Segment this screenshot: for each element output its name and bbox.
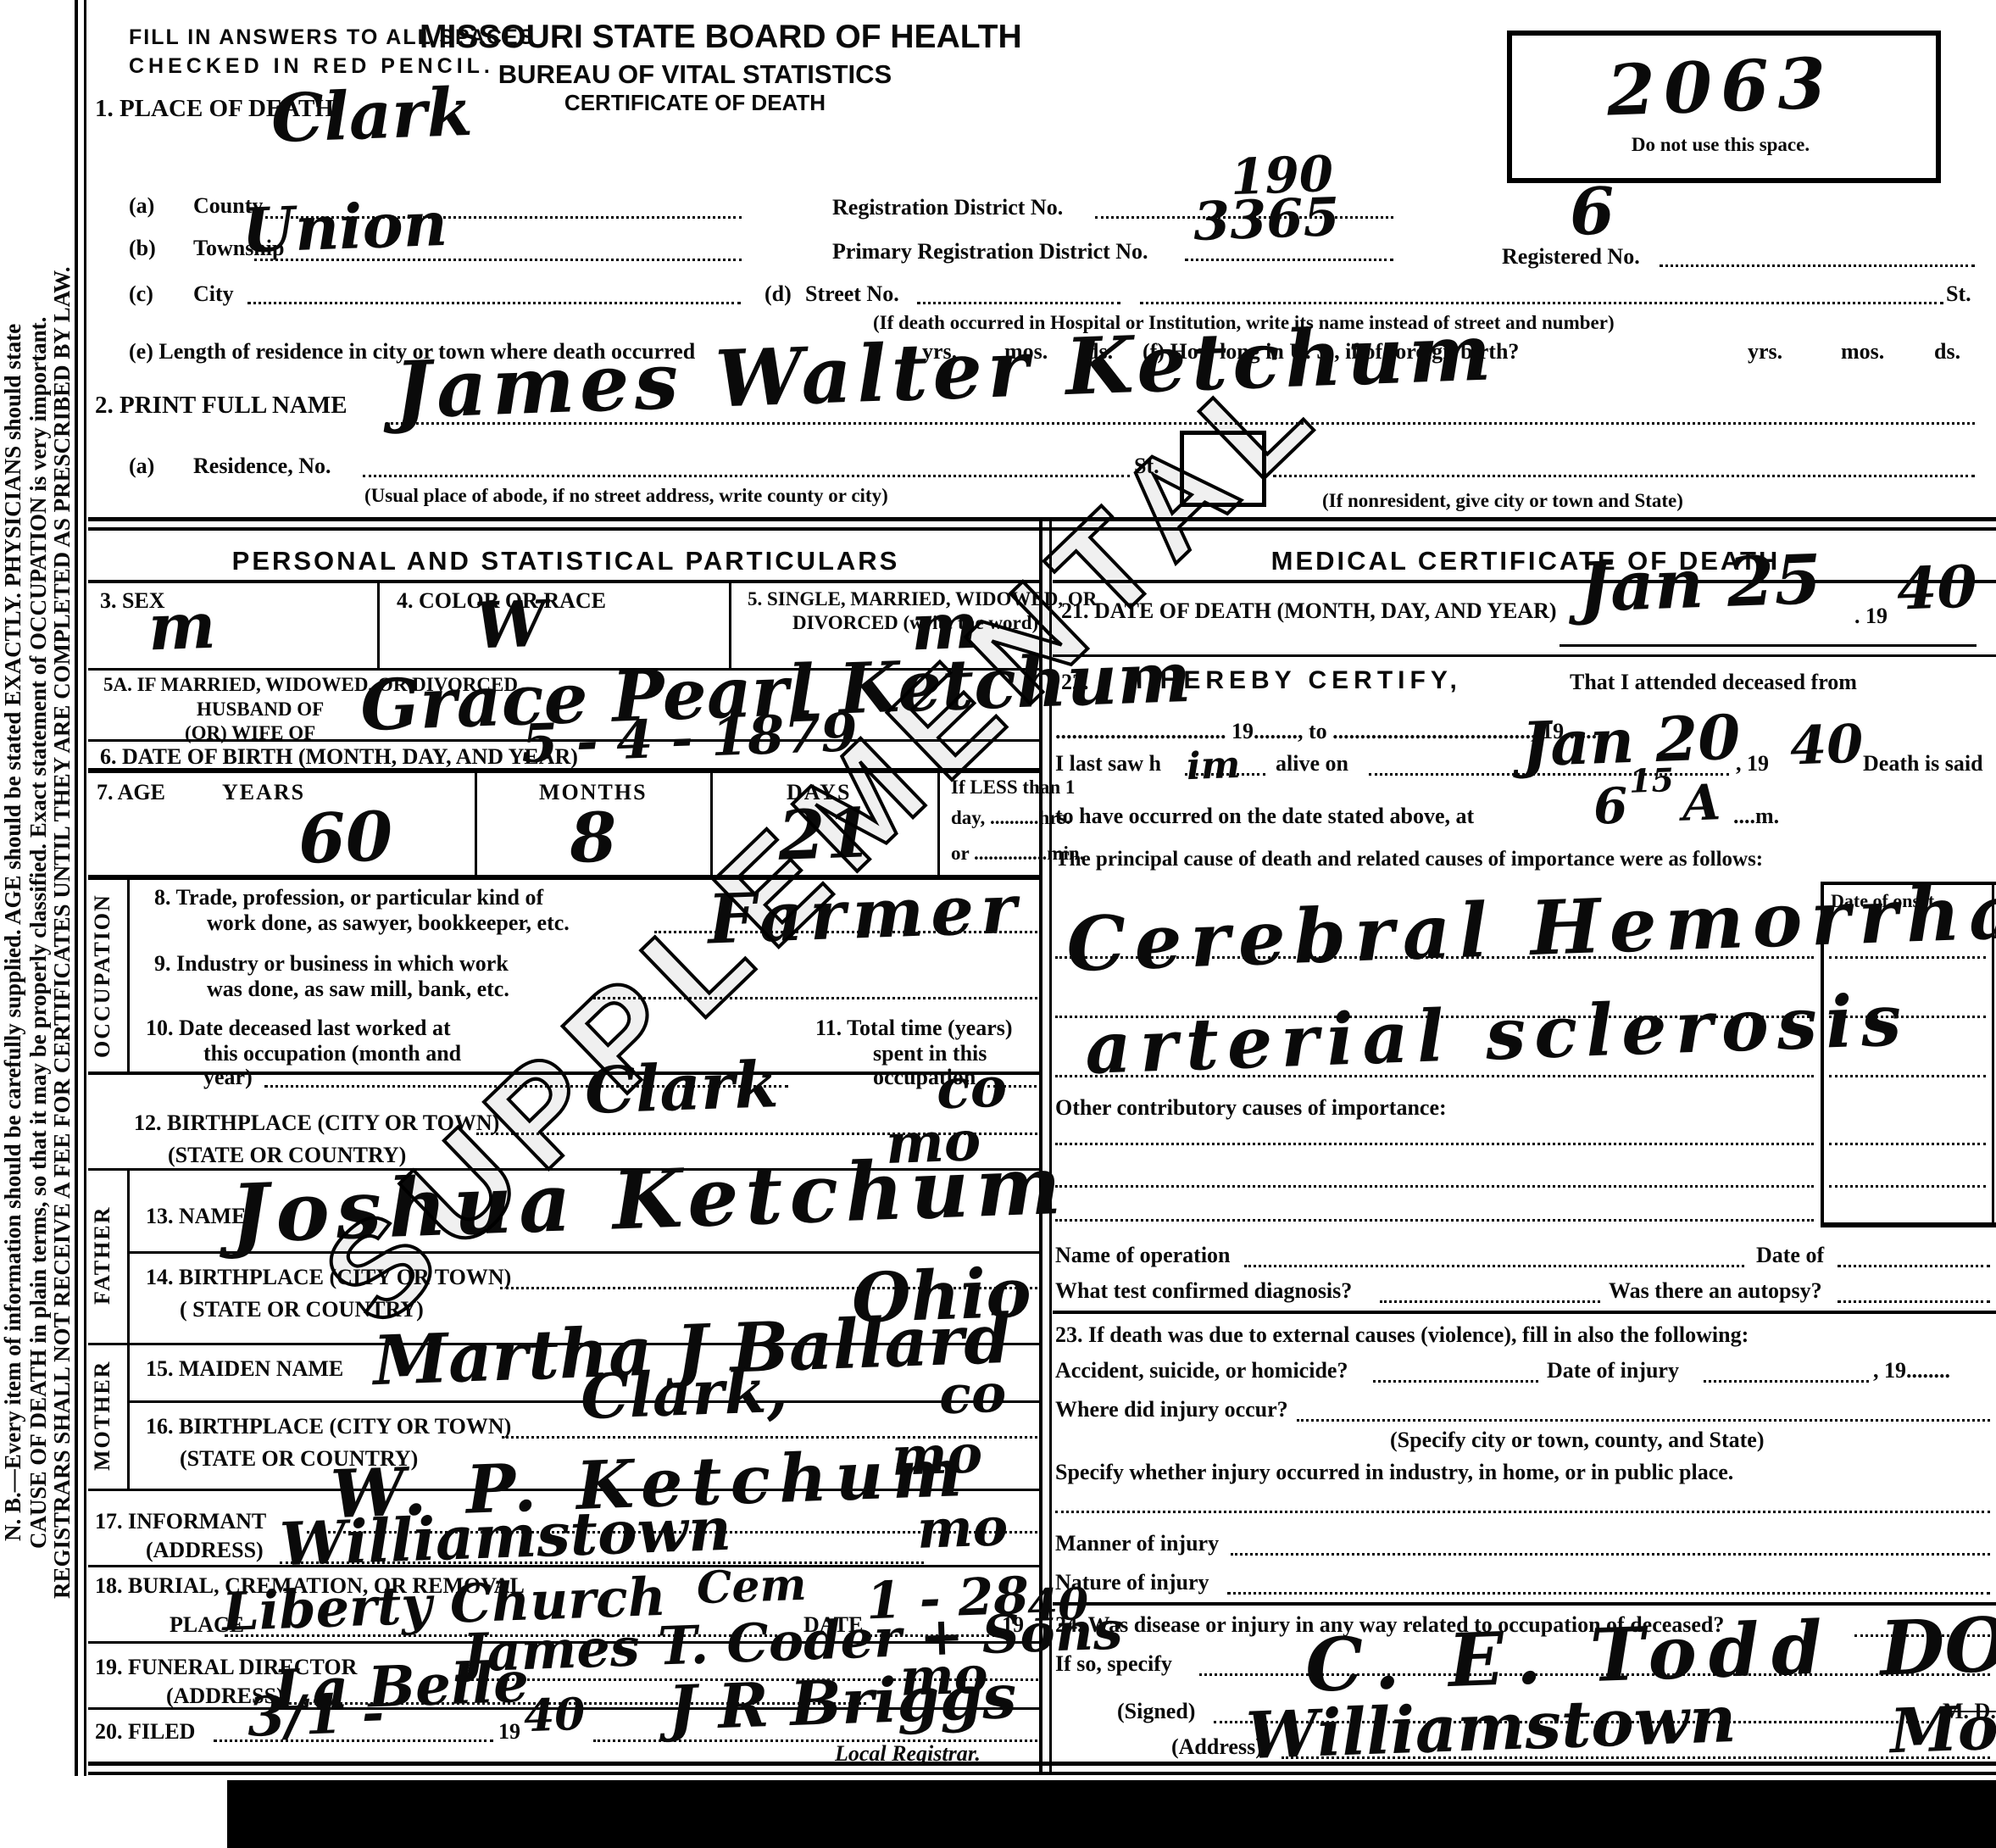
last-alive-year-value: 40 [1789,718,1864,773]
q17-informant-label: 17. INFORMANT [95,1509,266,1534]
row-f-mos: mos. [1841,339,1884,365]
street-st-suffix: St. [1946,281,1971,307]
dotted-line [1055,1511,1990,1513]
rule [1560,644,1977,647]
registrar-signature-value: J R Briggs [667,1666,1018,1739]
bottom-rule [88,1772,1996,1775]
margin-note-line1: N. B.—Every item of information should b… [0,34,25,1831]
filed-date-value: 3/1 - [247,1686,385,1745]
mother-birthplace-co-value: co [938,1367,1007,1422]
sex-value: m [147,594,217,660]
q10-last-worked-label1: 10. Date deceased last worked at [146,1016,451,1041]
rule [1053,654,1996,657]
dotted-line [1055,1185,1814,1188]
cell-divider [127,880,130,1072]
occurred-label: to have occurred on the date stated abov… [1055,804,1474,829]
q6-date-of-birth-label: 6. DATE OF BIRTH (MONTH, DAY, AND YEAR) [100,744,578,770]
cell-divider [475,773,477,875]
accident-label: Accident, suicide, or homicide? [1055,1358,1348,1383]
dotted-line [1273,475,1975,477]
death-certificate-scan: N. B.—Every item of information should b… [0,0,1996,1848]
physician-degree-value: DO [1879,1606,1996,1685]
q9-industry-label2: was done, as saw mill, bank, etc. [207,977,509,1002]
him-value: im [1186,747,1241,786]
abode-note: (Usual place of abode, if no street addr… [364,485,888,507]
death-hour-value: 6 [1593,781,1628,831]
specify-industry-label: Specify whether injury occurred in indus… [1055,1460,1733,1485]
q9-industry-label1: 9. Industry or business in which work [154,951,509,977]
physician-state-value: Mo [1889,1697,1996,1762]
q17-address-label: (ADDRESS) [146,1538,264,1563]
mother-birthplace-value: Clark, [580,1360,789,1428]
margin-note-line2: CAUSE OF DEATH in plain terms, so that i… [25,34,51,1831]
autopsy-label: Was there an autopsy? [1609,1278,1822,1304]
q5a-husband-label: HUSBAND OF [197,699,324,721]
dotted-line [363,475,1130,477]
left-border-inner [84,0,86,1776]
q8-trade-label1: 8. Trade, profession, or particular kind… [154,885,543,910]
occurred-m-suffix: ....m. [1733,804,1779,829]
informant-state-value: mo [916,1500,1009,1556]
q16-mother-birthplace-label: 16. BIRTHPLACE (CITY OR TOWN) [146,1414,511,1439]
rule [1053,1311,1996,1314]
attended-label: That I attended deceased from [1570,670,1857,695]
local-registrar-label: Local Registrar. [835,1741,981,1767]
q15-maiden-name-label: 15. MAIDEN NAME [146,1356,343,1382]
q23-external-causes-label: 23. If death was due to external causes … [1055,1322,1749,1348]
q8-trade-label2: work done, as sawyer, bookkeeper, etc. [207,910,570,936]
scan-black-bar [227,1780,1996,1848]
manner-of-injury-label: Manner of injury [1055,1531,1219,1556]
operation-date-of-label: Date of [1756,1243,1824,1268]
q11-total-time-label1: 11. Total time (years) [815,1016,1013,1041]
father-side-label: FATHER [90,1168,125,1343]
alive-on-label: alive on [1276,751,1348,776]
dotted-line [1055,1219,1814,1222]
test-confirmed-label: What test confirmed diagnosis? [1055,1278,1352,1304]
dotted-line [1829,1075,1986,1077]
age-years-value: 60 [297,802,394,873]
full-name-value: James Walter Ketchum [393,313,1498,429]
primary-registration-value: 3365 [1193,191,1341,248]
cause1-value: Cerebral Hemorrhage [1065,870,1996,982]
age-years-label: YEARS [222,780,305,805]
dotted-line [917,302,1120,304]
dotted-line [1185,259,1393,261]
death-minute-value: 15 [1628,764,1674,798]
contributory-label: Other contributory causes of importance: [1055,1095,1447,1121]
q7-age-label: 7. AGE [97,780,165,805]
place-county-value: Clark [270,80,474,153]
name-of-operation-label: Name of operation [1055,1243,1231,1268]
registration-district-label: Registration District No. [832,195,1063,220]
row-d-street-label: Street No. [805,281,899,307]
registered-no-value: 6 [1569,179,1616,245]
color-race-value: W [474,593,548,659]
board-title: MISSOURI STATE BOARD OF HEALTH [420,19,970,56]
rule [1053,1602,1996,1606]
q5a-wife-label: (OR) WIFE OF [185,722,315,744]
q2-print-full-name-label: 2. PRINT FULL NAME [95,392,347,420]
date-of-injury-label: Date of injury [1547,1358,1679,1383]
margin-registrar-rule: REGISTRARS SHALL NOT RECEIVE A FEE FOR C… [49,34,75,1831]
certificate-number-value: 2063 [1533,46,1909,128]
dotted-line [1380,1300,1600,1303]
death-ampm-value: A [1682,777,1721,828]
personal-section-title: PERSONAL AND STATISTICAL PARTICULARS [93,546,1038,576]
filed-year-prefix: 19 [498,1719,520,1745]
row-d-tag: (d) [764,281,792,307]
dotted-line [1140,302,1943,304]
death-year-value: 40 [1896,558,1978,618]
q10-last-worked-label2: this occupation (month and [203,1041,461,1066]
nonresident-note: (If nonresident, give city or town and S… [1322,490,1683,512]
row-b-tag: (b) [129,236,156,261]
age-months-value: 8 [569,803,618,872]
row-f-yrs: yrs. [1748,339,1782,365]
last-saw-label: I last saw h [1055,751,1161,776]
death-date-value: Jan 25 [1577,545,1823,621]
dotted-line [1055,1143,1814,1145]
mother-side-label: MOTHER [90,1343,125,1489]
bureau-subtitle: BUREAU OF VITAL STATISTICS [420,59,970,90]
bottom-rule [88,1762,1996,1766]
age-less-than-label2: day, ..........hrs. [951,807,1070,829]
row-c-city-label: City [193,281,234,307]
injury-year-prefix: , 19........ [1873,1358,1950,1383]
death-said-label: Death is said [1863,751,1983,776]
dotted-line [1373,1380,1538,1383]
row-c-tag: (c) [129,281,153,307]
q20-filed-label: 20. FILED [95,1719,195,1745]
physician-address-value: Williamstown [1245,1687,1737,1768]
row-a-tag: (a) [129,193,154,219]
do-not-use-note: Do not use this space. [1534,134,1907,156]
dotted-line [247,302,741,304]
certificate-subtitle: CERTIFICATE OF DEATH [420,90,970,116]
death-year-prefix: . 19 [1854,604,1888,629]
dotted-line [1704,1380,1869,1383]
cell-divider [377,580,380,668]
specify-city-note: (Specify city or town, county, and State… [1390,1428,1765,1453]
cell-divider [127,1168,130,1343]
dotted-line [1297,1419,1990,1422]
q10-last-worked-label3: year) [203,1065,253,1090]
residence-label: Residence, No. [193,454,331,479]
dotted-line [1838,1265,1990,1267]
dotted-line [1829,1185,1986,1188]
burial-cem-value: Cem [696,1563,807,1611]
signed-label: (Signed) [1117,1699,1195,1724]
informant-address-value: Williamstown [279,1500,732,1575]
where-injury-label: Where did injury occur? [1055,1397,1288,1422]
primary-registration-label: Primary Registration District No. [832,239,1148,264]
dotted-line [1660,264,1975,267]
dotted-line [1231,1553,1990,1556]
occupation-side-label: OCCUPATION [90,880,125,1072]
filed-year-value: 40 [523,1693,586,1739]
cause2-value: arterial sclerosis [1084,984,1911,1084]
row-f-ds: ds. [1934,339,1960,365]
dotted-line [1838,1300,1990,1303]
dotted-line [1829,1143,1986,1145]
residence-tag: (a) [129,454,154,479]
place-township-value: Union [241,193,448,261]
principal-cause-label: The principal cause of death and related… [1055,848,1763,871]
onset-box-bottom [1821,1222,1996,1227]
rule [88,580,1042,583]
cell-divider [127,1343,130,1489]
dotted-line [1244,1265,1744,1267]
dotted-line [1227,1592,1990,1595]
